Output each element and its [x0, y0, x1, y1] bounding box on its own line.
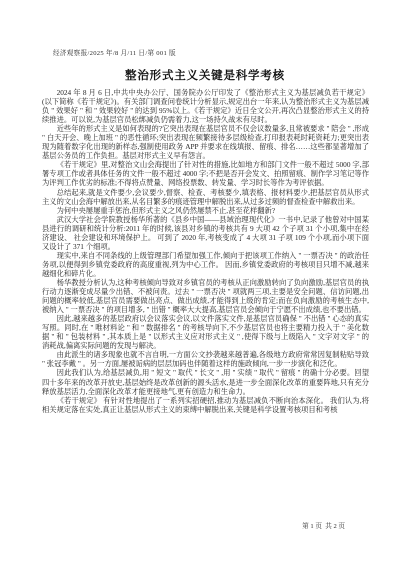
- body-paragraph: 为何中央屡屡重手惩治,但形式主义之风仍然屡禁不止,甚至花样翻新?: [42, 206, 369, 215]
- body-paragraph: 《若干规定》 有针对性地提出了一系列实招硬招,推动为基层减负不断向治本深化。 我…: [42, 396, 369, 414]
- article-title: 整治形式主义关键是科学考核: [0, 67, 410, 83]
- body-paragraph: 杨华教授分析认为,这种考核倾向导致对乡镇官员的考核从正向激励转向了负向激励,基层…: [42, 278, 369, 314]
- body-paragraph: 现实中,来自不同条线的上级管理部门希望加强工作,倾向于把该项工作纳入 " 一票否…: [42, 251, 369, 278]
- body-paragraph: 武汉大学社会学院教授杨华所著的《县乡中国——县域治理现代化》一书中,记录了他曾对…: [42, 215, 369, 251]
- body-paragraph: 因此,越来越多的基层政府以会议落实会议,以文件落实文件,是基层官员确保 " 不出…: [42, 314, 369, 350]
- body-paragraph: 因此我们认为,给基层减负,用 " 短文 " 取代 " 长文 " ,用 " 实绩 …: [42, 368, 369, 395]
- page-number-indicator: 第 1 页 共 2 页: [302, 520, 345, 530]
- body-paragraph: 近些年的形式主义是如何表现的?它突出表现在基层官员不仅会议数量多,且常被要求 "…: [42, 124, 369, 160]
- body-paragraph: 2024 年 8 月 6 日,中共中央办公厅、国务院办公厅印发了《整治形式主义为…: [42, 88, 369, 124]
- document-page: 经济观察报/2025 年/8 月/11 日/第 001 版 整治形式主义关键是科…: [0, 0, 410, 580]
- body-paragraph: 由此派生的诸多现象也就不言自明,一方面公文抄袭越来越普遍,各级地方政府常常因复制…: [42, 350, 369, 368]
- article-body: 2024 年 8 月 6 日,中共中央办公厅、国务院办公厅印发了《整治形式主义为…: [42, 88, 369, 414]
- masthead-source-line: 经济观察报/2025 年/8 月/11 日/第 001 版: [53, 47, 176, 57]
- body-paragraph: 《若干规定》里,对整治文山会海提出了针对性的措施,比如地方和部门文件一般不超过 …: [42, 160, 369, 187]
- body-paragraph: 总结起来,就是文件要少,会议要少,督察、检查、考核要少,填表格、报材料要少,把基…: [42, 188, 369, 206]
